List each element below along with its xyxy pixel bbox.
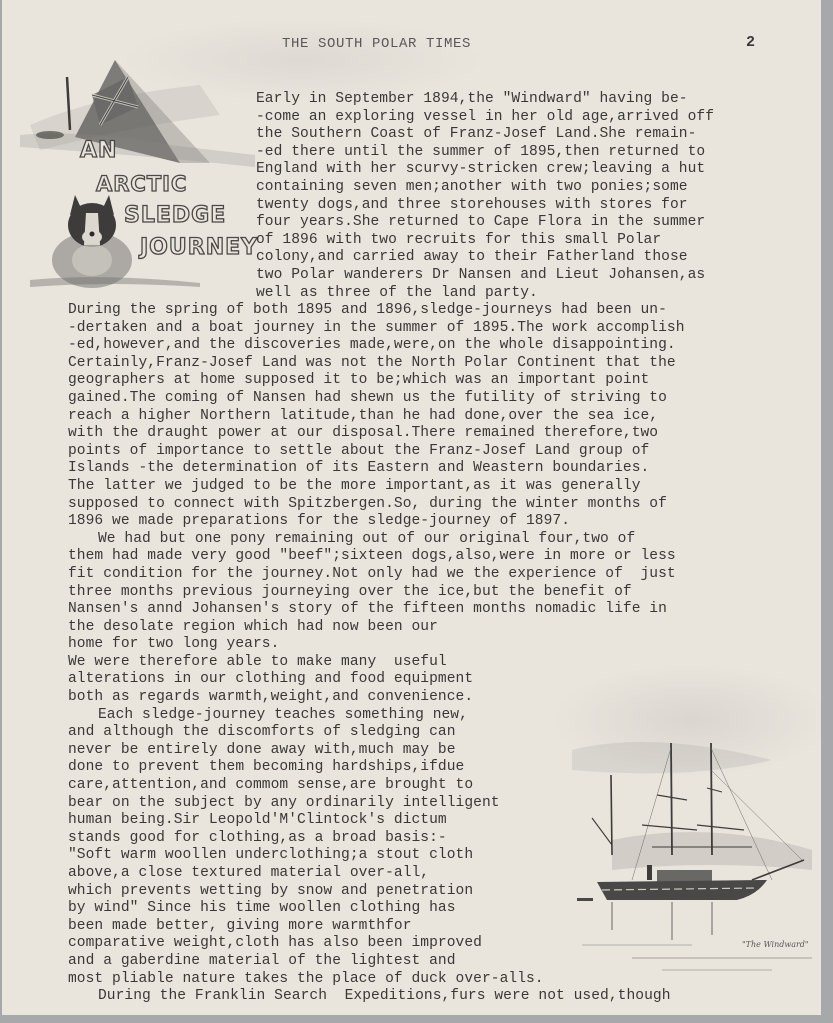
text-line: with the draught power at our disposal.T…	[68, 425, 685, 443]
text-line: three months previous journeying over th…	[68, 584, 685, 602]
text-line: reach a higher Northern latitude,than he…	[68, 408, 685, 426]
text-line: twenty dogs,and three storehouses with s…	[256, 197, 714, 215]
text-line: supposed to connect with Spitzbergen.So,…	[68, 496, 685, 514]
text-line: -come an exploring vessel in her old age…	[256, 109, 714, 127]
text-line: the desolate region which had now been o…	[68, 619, 685, 637]
title-word-journey: JOURNEY	[140, 235, 258, 260]
text-line: points of importance to settle about the…	[68, 443, 685, 461]
text-line: alterations in our clothing and food equ…	[68, 671, 685, 689]
text-line: colony,and carried away to their Fatherl…	[256, 249, 714, 267]
text-line: Nansen's annd Johansen's story of the fi…	[68, 601, 685, 619]
text-line: England with her scurvy-stricken crew;le…	[256, 161, 714, 179]
text-line: -ed,however,and the discoveries made,wer…	[68, 337, 685, 355]
text-line: fit condition for the journey.Not only h…	[68, 566, 685, 584]
ship-caption: "The Windward"	[742, 940, 809, 949]
text-line: -dertaken and a boat journey in the summ…	[68, 320, 685, 338]
text-line: Early in September 1894,the "Windward" h…	[256, 91, 714, 109]
text-line: geographers at home supposed it to be;wh…	[68, 372, 685, 390]
text-line: During the Franklin Search Expeditions,f…	[68, 988, 685, 1006]
running-head: THE SOUTH POLAR TIMES	[282, 36, 471, 52]
document-page: THE SOUTH POLAR TIMES 2	[2, 0, 821, 1015]
text-line: Islands -the determination of its Easter…	[68, 460, 685, 478]
text-line: two Polar wanderers Dr Nansen and Lieut …	[256, 267, 714, 285]
title-word-an: AN	[80, 138, 117, 163]
intro-paragraph: Early in September 1894,the "Windward" h…	[256, 91, 714, 302]
text-line: the Southern Coast of Franz-Josef Land.S…	[256, 126, 714, 144]
text-line: of 1896 with two recruits for this small…	[256, 232, 714, 250]
text-line: well as three of the land party.	[256, 285, 714, 303]
text-line: gained.The coming of Nansen had shewn us…	[68, 390, 685, 408]
text-line: both as regards warmth,weight,and conven…	[68, 689, 685, 707]
text-line: Each sledge-journey teaches something ne…	[68, 707, 685, 725]
title-word-arctic: ARCTIC	[96, 172, 187, 196]
text-line: -ed there until the summer of 1895,then …	[256, 144, 714, 162]
text-line: We had but one pony remaining out of our…	[68, 531, 685, 549]
text-line: home for two long years.	[68, 636, 685, 654]
text-line: containing seven men;another with two po…	[256, 179, 714, 197]
text-line: four years.She returned to Cape Flora in…	[256, 214, 714, 232]
text-line: 1896 we made preparations for the sledge…	[68, 513, 685, 531]
page-number: 2	[746, 34, 755, 51]
text-line: Certainly,Franz-Josef Land was not the N…	[68, 355, 685, 373]
ship-illustration: "The Windward"	[572, 730, 821, 980]
text-line: We were therefore able to make many usef…	[68, 654, 685, 672]
text-line: them had made very good "beef";sixteen d…	[68, 548, 685, 566]
text-line: The latter we judged to be the more impo…	[68, 478, 685, 496]
title-word-sledge: SLEDGE	[124, 203, 226, 228]
text-line: During the spring of both 1895 and 1896,…	[68, 302, 685, 320]
title-illustration: AN ARCTIC SLEDGE JOURNEY	[20, 55, 255, 295]
